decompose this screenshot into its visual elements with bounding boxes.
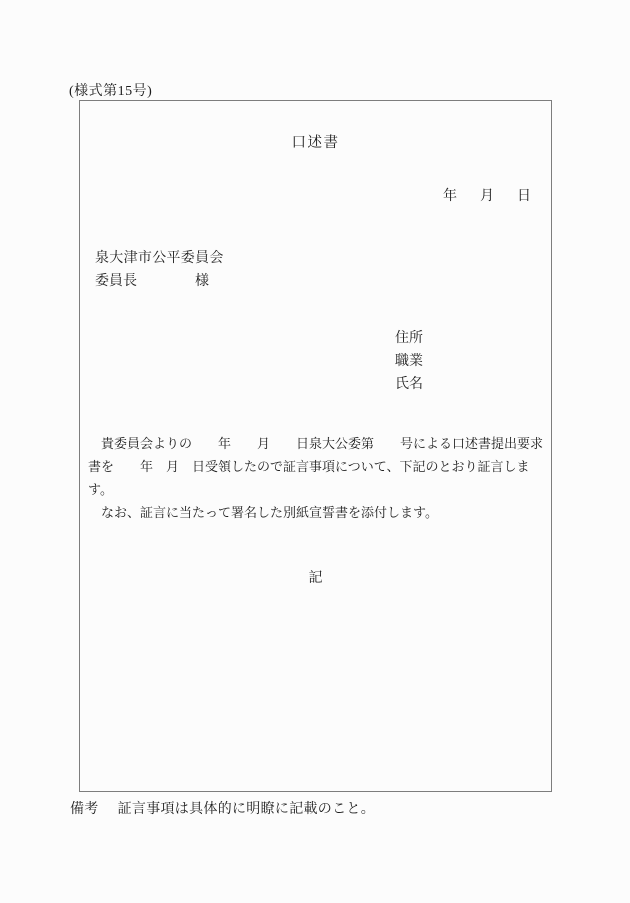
addressee-organization: 泉大津市公平委員会 — [95, 247, 224, 267]
date-month-label: 月 — [480, 185, 494, 205]
signer-occupation-label: 職業 — [395, 354, 423, 377]
date-line: 年 月 日 — [443, 185, 531, 205]
signer-address-label: 住所 — [395, 331, 423, 354]
form-number-label: (様式第15号) — [69, 80, 152, 100]
remarks-label: 備考 — [70, 798, 99, 818]
document-page: (様式第15号) 口述書 年 月 日 泉大津市公平委員会 委員長 様 住所 職業… — [0, 0, 630, 903]
addressee-honorific-label: 様 — [195, 270, 209, 290]
date-day-label: 日 — [517, 185, 531, 205]
addressee-position-label: 委員長 — [95, 270, 137, 290]
form-title: 口述書 — [79, 131, 552, 152]
remarks-note: 備考 証言事項は具体的に明瞭に記載のこと。 — [70, 798, 375, 818]
body-line: す。 — [88, 482, 546, 505]
record-marker: 記 — [79, 567, 552, 587]
addressee-line: 委員長 様 — [95, 270, 209, 290]
body-line: 貴委員会よりの 年 月 日泉大公委第 号による口述書提出要求 — [88, 436, 546, 459]
signer-name-label: 氏名 — [395, 377, 423, 400]
body-paragraph: 貴委員会よりの 年 月 日泉大公委第 号による口述書提出要求 書を 年 月 日受… — [88, 436, 546, 528]
signer-block: 住所 職業 氏名 — [395, 331, 423, 400]
body-line: なお、証言に当たって署名した別紙宣誓書を添付します。 — [88, 505, 546, 528]
date-year-label: 年 — [443, 185, 457, 205]
remarks-text: 証言事項は具体的に明瞭に記載のこと。 — [118, 798, 375, 818]
body-line: 書を 年 月 日受領したので証言事項について、下記のとおり証言しま — [88, 459, 546, 482]
